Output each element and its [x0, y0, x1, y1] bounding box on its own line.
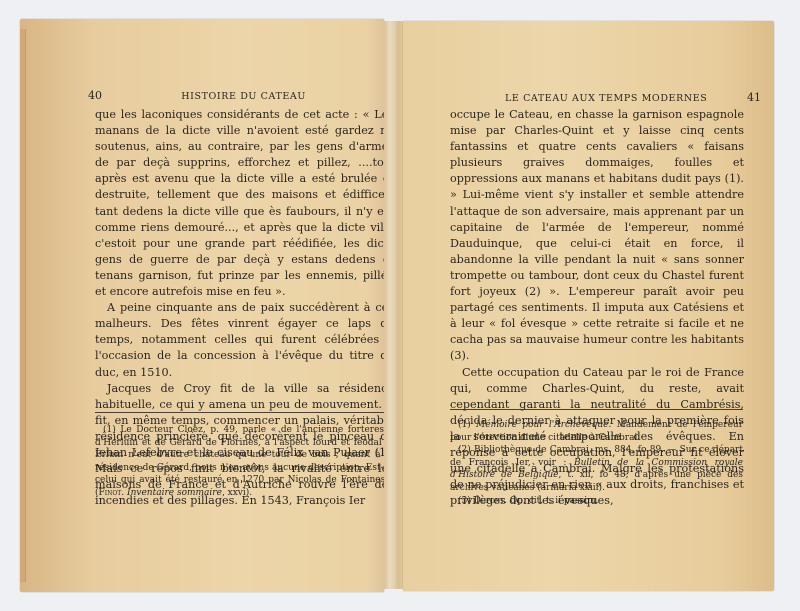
footnote: (1) Mémoire pour l'Archevêque. Mandement… [450, 419, 743, 444]
footnote-source-title: Inventaire sommaire [127, 488, 222, 498]
footnote-source-ref: , xxvi). [222, 488, 252, 498]
left-page: 40 HISTOIRE DU CATEAU que les laconiques… [20, 19, 384, 592]
paragraph: A peine cinquante ans de paix succédèren… [95, 300, 394, 380]
running-head: HISTOIRE DU CATEAU [181, 91, 306, 102]
running-head: LE CATEAU AUX TEMPS MODERNES [505, 93, 707, 104]
book-gutter [384, 21, 403, 589]
page-number: 41 [747, 91, 761, 104]
footnote-text: Op. cit. t. ii passim. [507, 496, 599, 506]
page-number: 40 [88, 89, 102, 102]
footnote-marker: (1) [458, 420, 471, 430]
footnote: (2) Bibliothèque de Cambrai, ms. 884, fo… [450, 444, 743, 494]
footnote-divider [95, 412, 394, 413]
paragraph: que les laconiques considérants de cet a… [95, 107, 394, 300]
footnote-author: Dupont. [474, 496, 507, 506]
right-footnotes: (1) Mémoire pour l'Archevêque. Mandement… [450, 419, 743, 507]
footnote: (3) Dupont. Op. cit. t. ii passim. [450, 495, 743, 508]
footnote-text: Le Docteur Cloez, p. 49, parle « de l'an… [95, 425, 394, 485]
footnote-marker: (1) [103, 425, 116, 435]
left-footnotes: (1) Le Docteur Cloez, p. 49, parle « de … [95, 424, 394, 500]
right-page-header: LE CATEAU AUX TEMPS MODERNES 41 [467, 91, 761, 104]
footnote-marker: (2) [458, 445, 471, 455]
footnote-divider [450, 409, 743, 410]
open-book: 40 HISTOIRE DU CATEAU que les laconiques… [20, 19, 756, 592]
footnote: (1) Le Docteur Cloez, p. 49, parle « de … [95, 424, 394, 500]
footnote-italic: Mémoire pour l'Archevêque. [476, 420, 611, 430]
footnote-marker: (3) [458, 496, 471, 506]
right-page: LE CATEAU AUX TEMPS MODERNES 41 occupe l… [403, 21, 774, 591]
left-page-header: 40 HISTOIRE DU CATEAU [88, 89, 401, 102]
footnote-author: Finot. [99, 488, 125, 498]
paragraph: occupe le Cateau, en chasse la garnison … [450, 107, 744, 365]
